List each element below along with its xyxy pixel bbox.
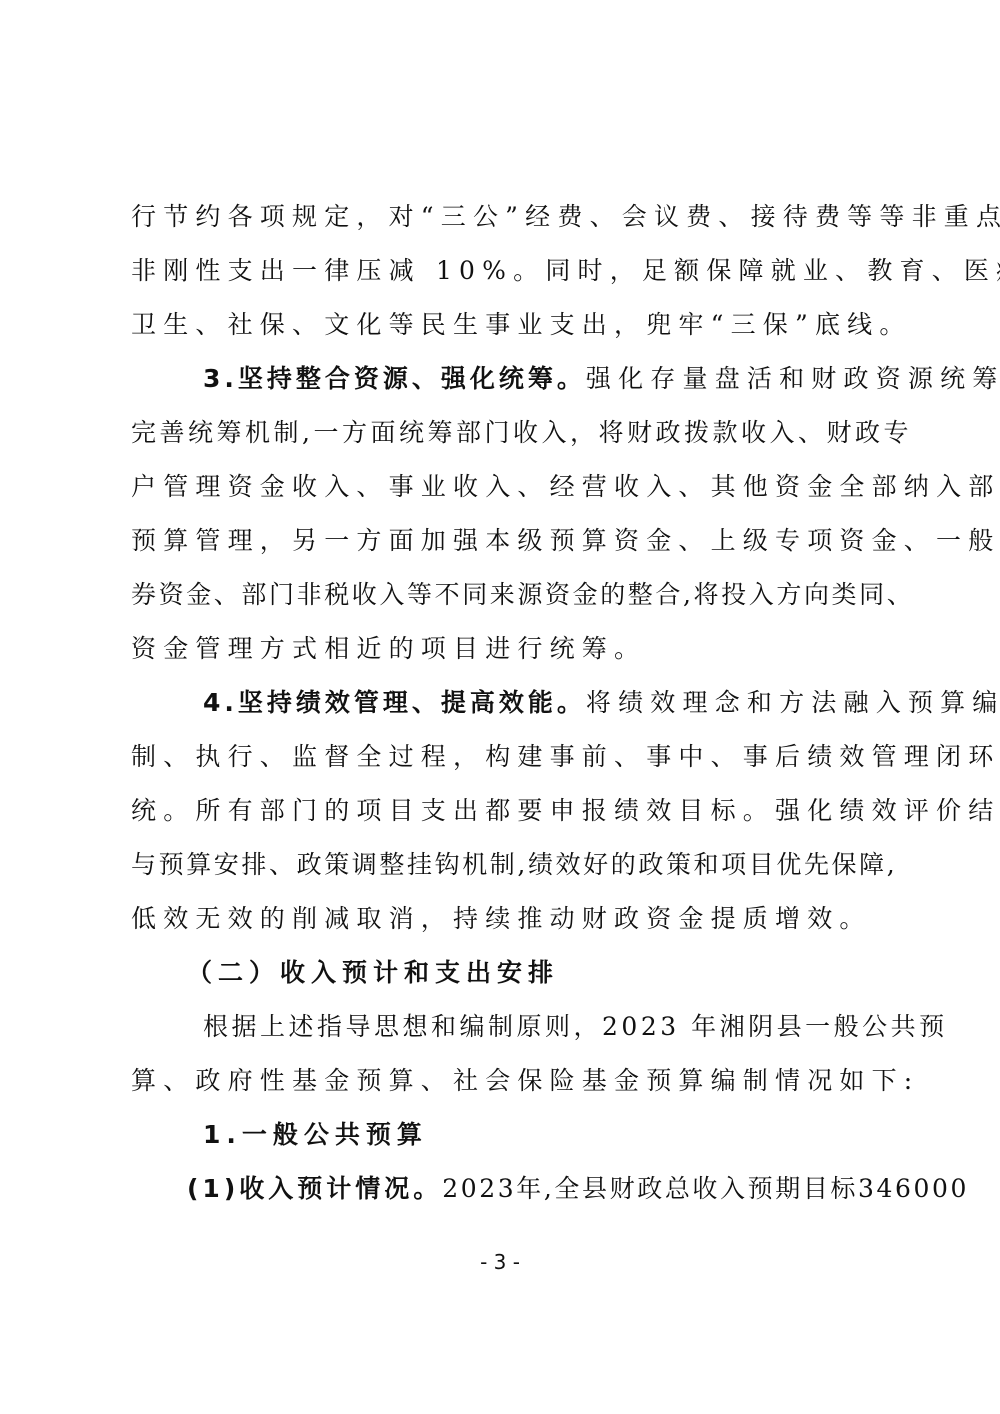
paragraph-item-3-first-line: 3.坚持整合资源、强化统筹。强化存量盘活和财政资源统筹， [131, 352, 871, 406]
paragraph-item-4-first-line: 4.坚持绩效管理、提高效能。将绩效理念和方法融入预算编 [131, 676, 871, 730]
document-body: 行节约各项规定，对“三公”经费、会议费、接待费等等非重点 非刚性支出一律压减 1… [131, 190, 871, 1216]
revenue-forecast-heading: (1)收入预计情况。 [187, 1174, 442, 1203]
text-line: 制、执行、监督全过程，构建事前、事中、事后绩效管理闭环系 [131, 730, 871, 784]
sub-heading-general-budget: 1.一般公共预算 [131, 1108, 871, 1162]
text-line: 算、政府性基金预算、社会保险基金预算编制情况如下: [131, 1054, 871, 1108]
text-line: 卫生、社保、文化等民生事业支出，兜牢“三保”底线。 [131, 298, 871, 352]
text-line: 统。所有部门的项目支出都要申报绩效目标。强化绩效评价结果 [131, 784, 871, 838]
text-line: 户管理资金收入、事业收入、经营收入、其他资金全部纳入部门 [131, 460, 871, 514]
item-4-text: 将绩效理念和方法融入预算编 [586, 688, 1000, 717]
section-heading: （二）收入预计和支出安排 [131, 946, 871, 1000]
text-line: 非刚性支出一律压减 10%。同时，足额保障就业、教育、医疗、 [131, 244, 871, 298]
item-4-heading: 4.坚持绩效管理、提高效能。 [203, 688, 586, 717]
text-line: 与预算安排、政策调整挂钩机制,绩效好的政策和项目优先保障, [131, 838, 871, 892]
item-3-heading: 3.坚持整合资源、强化统筹。 [203, 364, 586, 393]
text-line: 券资金、部门非税收入等不同来源资金的整合,将投入方向类同、 [131, 568, 871, 622]
text-line: 预算管理，另一方面加强本级预算资金、上级专项资金、一般债 [131, 514, 871, 568]
paragraph-revenue-forecast: (1)收入预计情况。2023年,全县财政总收入预期目标346000 [131, 1162, 871, 1216]
text-line: 完善统筹机制,一方面统筹部门收入，将财政拨款收入、财政专 [131, 406, 871, 460]
item-3-text: 强化存量盘活和财政资源统筹， [586, 364, 1000, 393]
text-line: 根据上述指导思想和编制原则，2023 年湘阴县一般公共预 [131, 1000, 871, 1054]
page-number: - 3 - [0, 1250, 1000, 1274]
document-page: 行节约各项规定，对“三公”经费、会议费、接待费等等非重点 非刚性支出一律压减 1… [0, 0, 1000, 1414]
text-line: 行节约各项规定，对“三公”经费、会议费、接待费等等非重点 [131, 190, 871, 244]
revenue-forecast-text: 2023年,全县财政总收入预期目标346000 [442, 1174, 969, 1203]
text-line: 资金管理方式相近的项目进行统筹。 [131, 622, 871, 676]
text-line: 低效无效的削减取消，持续推动财政资金提质增效。 [131, 892, 871, 946]
